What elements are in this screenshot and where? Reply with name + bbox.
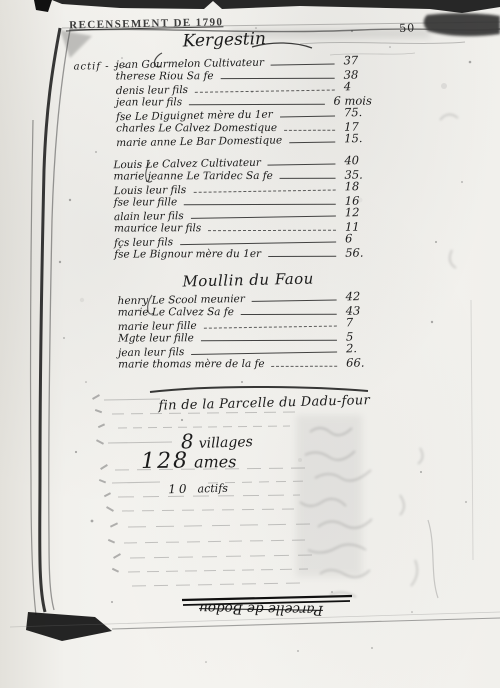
age-value: 66. <box>342 356 374 370</box>
page-number: 50 <box>399 21 416 35</box>
leader-line <box>268 256 336 257</box>
census-row: fse Le Bignour mère du 1er56. <box>114 247 373 261</box>
leader-line <box>221 78 335 79</box>
age-value: 4 <box>340 79 372 94</box>
person-name: marie anne Le Bar Domestique <box>116 134 282 149</box>
leader-line <box>284 130 335 131</box>
age-value: 56. <box>341 246 373 260</box>
leader-line <box>252 300 337 302</box>
leader-line <box>189 104 324 105</box>
age-value: 42 <box>341 289 373 304</box>
age-value: 15. <box>340 131 372 146</box>
leader-line <box>201 340 337 341</box>
leader-line <box>268 164 336 166</box>
person-name: fse Le Bignour mère du 1er <box>114 248 261 261</box>
person-name: marie jeanne Le Taridec Sa fe <box>114 170 273 183</box>
leader-line <box>280 116 335 118</box>
leader-line <box>289 142 335 144</box>
age-value: 2. <box>342 341 374 356</box>
household-group-1: jean Gourmelon Cultivateur37 therese Rio… <box>115 55 372 148</box>
summary-souls: 128ames <box>141 448 237 474</box>
person-name: charles Le Calvez Domestique <box>116 122 277 135</box>
person-name: marie thomas mère de la fe <box>118 358 265 371</box>
age-value: 40 <box>340 153 372 168</box>
person-name: Mgte leur fille <box>118 332 194 344</box>
leader-line <box>271 64 335 66</box>
section-heading-moullin: Moullin du Faou <box>182 270 314 291</box>
leader-line <box>180 242 336 246</box>
person-name: marie Le Calvez Sa fe <box>118 306 234 318</box>
summary-actifs: 10actifs <box>168 477 228 498</box>
leader-line <box>241 314 337 315</box>
household-group-3: henry Le Scool meunier42 marie Le Calvez… <box>118 291 375 371</box>
age-value: 37 <box>339 53 371 68</box>
leader-line <box>208 230 336 231</box>
age-value: 6 <box>341 231 373 246</box>
age-value: 12 <box>341 205 373 220</box>
leader-line <box>184 204 336 206</box>
scanned-census-page: RECENSEMENT DE 1790 50 Kergestin actif -… <box>0 0 500 688</box>
age-value: 7 <box>342 315 374 330</box>
census-stamp: RECENSEMENT DE 1790 <box>69 16 223 31</box>
household-group-2: Louis Le Calvez Cultivateur40 marie jean… <box>113 155 373 261</box>
souls-label: ames <box>189 452 237 471</box>
inverted-signature-note: Parcelle de Bodou <box>168 600 354 619</box>
leader-line <box>193 190 335 193</box>
person-name: fse leur fille <box>114 196 177 208</box>
age-value: 18 <box>341 179 373 194</box>
leader-line <box>272 366 338 367</box>
leader-line <box>191 352 337 355</box>
census-row: marie anne Le Bar Domestique15. <box>116 132 372 149</box>
age-value: 75. <box>340 105 372 120</box>
person-name: jean leur fils <box>116 96 182 108</box>
person-name: therese Riou Sa fe <box>116 70 214 82</box>
closing-line: fin de la Parcelle du Dadu-four <box>158 393 370 414</box>
leader-line <box>204 326 337 329</box>
leader-line <box>191 216 336 219</box>
souls-count: 128 <box>141 449 189 474</box>
actifs-label: actifs <box>189 482 228 496</box>
leader-line <box>195 90 335 93</box>
actifs-count: 10 <box>168 482 190 497</box>
census-row: marie thomas mère de la fe66. <box>118 357 374 371</box>
leader-line <box>280 178 336 179</box>
person-name: maurice leur fils <box>114 222 201 234</box>
village-title: Kergestin <box>149 28 300 52</box>
